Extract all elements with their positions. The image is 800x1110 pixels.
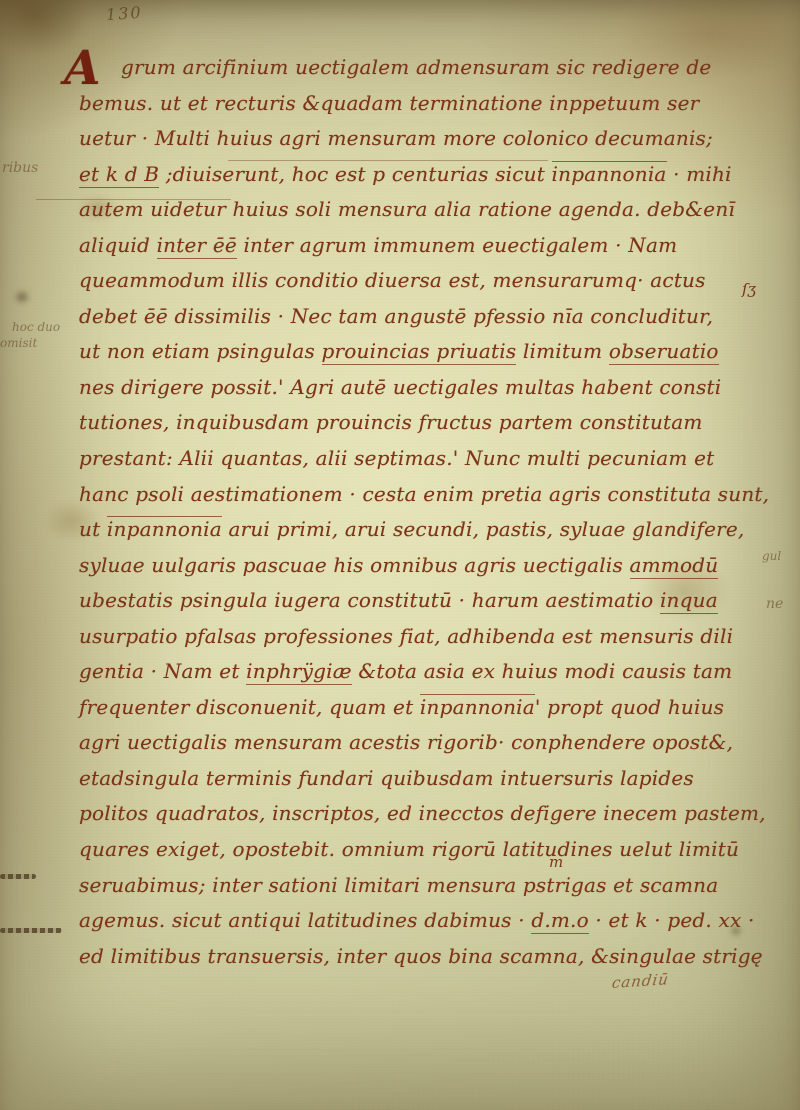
margin-note: candiū [611,970,671,992]
text-line: aliquid inter ēē inter agrum immunem eue… [79,228,784,264]
text-line: syluae uulgaris pascuae his omnibus agri… [79,548,784,584]
manuscript-page: 130 A grum arcifinium uectigalem admensu… [0,0,800,1110]
folio-number: 130 [105,3,143,25]
text-line: frequenter disconuenit, quam et inpannon… [79,690,784,726]
margin-note: ne [766,596,783,612]
text-line: nes dirigere possit.' Agri autē uectigal… [79,370,784,406]
text-line: usurpatio pfalsas professiones fiat, adh… [79,619,784,655]
text-line: bemus. ut et recturis &quadam terminatio… [79,86,784,122]
text-line: ut inpannonia arui primi, arui secundi, … [79,512,784,548]
text-line: et k d B ;diuiserunt, hoc est p centuria… [79,157,784,193]
margin-note: gul [762,549,781,563]
text-line: gentia · Nam et inphrÿgiæ &tota asia ex … [79,654,784,690]
text-line: etadsingula terminis fundari quibusdam i… [79,761,784,797]
margin-note: omisit [0,336,37,350]
text-line: quares exiget, opostebit. omnium rigorū … [79,832,784,868]
stain [14,290,30,304]
text-line: agri uectigalis mensuram acestis rigorib… [79,725,784,761]
text-line: agemus. sicut antiqui latitudines dabimu… [79,903,784,939]
margin-note: ribus [2,160,38,176]
text-line: politos quadratos, inscriptos, ed inecct… [79,796,784,832]
pen-trial-mark [0,928,62,933]
text-block: grum arcifinium uectigalem admensuram si… [79,50,784,974]
text-line: ut non etiam psingulas prouincias priuat… [79,334,784,370]
text-line: queammodum illis conditio diuersa est, m… [79,263,784,299]
text-line: hanc psoli aestimationem · cesta enim pr… [79,477,784,513]
text-line: tutiones, inquibusdam prouincis fructus … [79,405,784,441]
pen-trial-mark [0,874,36,879]
text-line: debet ēē dissimilis · Nec tam angustē pf… [79,299,784,335]
text-line: ubestatis psingula iugera constitutū · h… [79,583,784,619]
margin-note: ſʒ [742,280,756,298]
text-line: grum arcifinium uectigalem admensuram si… [79,50,784,86]
margin-note: hoc duo [12,320,60,334]
text-line: seruabimus; inter sationi limitari mensu… [79,868,784,904]
margin-note: m [549,853,563,871]
text-line: ed limitibus transuersis, inter quos bin… [79,939,784,975]
text-line: autem uidetur huius soli mensura alia ra… [79,192,784,228]
text-line: uetur · Multi huius agri mensuram more c… [79,121,784,157]
text-line: prestant: Alii quantas, alii septimas.' … [79,441,784,477]
